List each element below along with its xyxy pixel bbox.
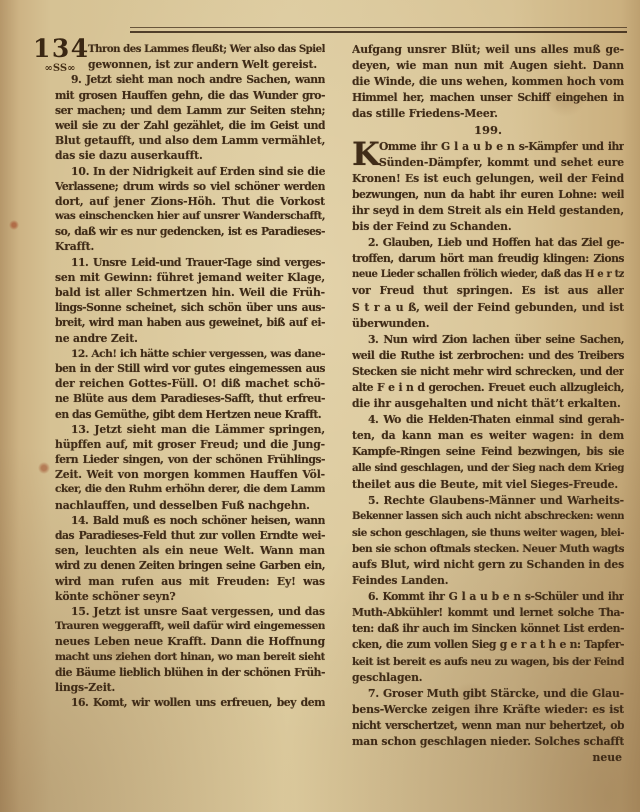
text-line: 12. Ach! ich hätte schier vergessen, was… [55, 346, 325, 361]
hymn-body: K Omme ihr G l a u b e n s-Kämpfer und i… [352, 139, 624, 751]
text-line: die Winde, die uns wehen, kommen hoch vo… [352, 74, 624, 90]
text-line: bens-Wercke zeigen ihre Kräfte wieder: e… [352, 702, 624, 718]
text-line: Thron des Lammes fleußt; Wer also das Sp… [55, 42, 325, 57]
text-line: 9. Jetzt sieht man noch andre Sachen, wa… [55, 72, 325, 87]
text-line: 11. Unsre Leid-und Trauer-Tage sind verg… [55, 255, 325, 270]
text-line: Kampfe-Ringen seine Feind bezwingen, bis… [352, 444, 624, 460]
text-line: 10. In der Nidrigkeit auf Erden sind sie… [55, 164, 325, 179]
text-line: breit, wird man haben aus geweinet, biß … [55, 315, 325, 330]
text-line: die ihr ausgehalten und nicht thät’t erk… [352, 396, 624, 412]
text-line: ne andre Zeit. [55, 331, 325, 346]
hymn-first-lines: Omme ihr G l a u b e n s-Kämpfer und ihr… [352, 139, 624, 171]
text-line: lings-Zeit. [55, 680, 325, 695]
text-line: Trauren weggerafft, weil dafür wird eing… [55, 619, 325, 634]
text-line: Himmel her, machen unser Schiff eingehen… [352, 90, 624, 106]
text-line: sie schon geschlagen, sie thuns weiter w… [352, 525, 624, 541]
text-line: nicht verschertzet, wenn man nur behertz… [352, 718, 624, 734]
text-line: wird zu denen Zeiten bringen seine Garbe… [55, 558, 325, 573]
text-line: cker, die den Ruhm erhöhn derer, die dem… [55, 482, 325, 497]
text-line: ne Blüte aus dem Paradieses-Safft, thut … [55, 391, 325, 406]
text-line: fern Lieder singen, von der schönen Früh… [55, 452, 325, 467]
text-line: wird man rufen aus mit Freuden: Ey! was [55, 574, 325, 589]
text-line: man schon geschlagen nieder. Solches sch… [352, 734, 624, 750]
text-line: Aufgang unsrer Blüt; weil uns alles muß … [352, 42, 624, 58]
text-line: ben in der Still wird vor gutes eingemes… [55, 361, 325, 376]
text-line: 16. Komt, wir wollen uns erfreuen, bey d… [55, 695, 325, 710]
drop-cap-initial: K [352, 139, 379, 170]
text-line: alle sind geschlagen, und der Sieg nach … [352, 460, 624, 476]
text-line: Omme ihr G l a u b e n s-Kämpfer und ihr [379, 139, 624, 155]
text-line: weil die Ruthe ist zerbrochen: und des T… [352, 348, 624, 364]
text-line: lings-Sonne scheinet, sich schön über un… [55, 300, 325, 315]
text-line: troffen, darum hört man freudig klingen:… [352, 251, 624, 267]
text-line: 15. Jetzt ist unsre Saat vergessen, und … [55, 604, 325, 619]
text-line: keit ist bereit es aufs neu zu wagen, bi… [352, 654, 624, 670]
text-line: Kronen! Es ist euch gelungen, weil der F… [352, 171, 624, 187]
text-line: dort, auf jener Zions-Höh. Thut die Vork… [55, 194, 325, 209]
text-line: theilet aus die Beute, mit viel Sieges-F… [352, 477, 624, 493]
text-line: könte schöner seyn? [55, 589, 325, 604]
text-line: bald ist aller Schmertzen hin. Weil die … [55, 285, 325, 300]
text-line: ihr seyd in dem Streit als ein Held gest… [352, 203, 624, 219]
text-line: Muth-Abkühler! kommt und lernet solche T… [352, 605, 624, 621]
text-line: cken, die zum vollen Sieg g e r a t h e … [352, 637, 624, 653]
text-line: deyen, wie man nun mit Augen sieht. Dann [352, 58, 624, 74]
text-line: nachlauffen, und desselben Fuß nachgehn. [55, 498, 325, 513]
text-line: Feindes Landen. [352, 573, 624, 589]
text-line: die Bäume lieblich blühen in der schönen… [55, 665, 325, 680]
text-line: Krafft. [55, 239, 325, 254]
text-line: ben sie schon oftmals stecken. Neuer Mut… [352, 541, 624, 557]
text-line: überwunden. [352, 316, 624, 332]
text-line: 4. Wo die Helden-Thaten einmal sind gera… [352, 412, 624, 428]
text-line: vor Freud thut springen. Es ist aus alle… [352, 283, 624, 299]
text-line: Sünden-Dämpfer, kommt und sehet eure [379, 155, 624, 171]
text-line: das sie dazu auserkaufft. [55, 148, 325, 163]
text-line: 3. Nun wird Zion lachen über seine Sache… [352, 332, 624, 348]
text-line: Stecken sie nicht mehr wird schrecken, u… [352, 364, 624, 380]
text-line: Zeit. Weit von morgen kommen Hauffen Völ… [55, 467, 325, 482]
text-line: ten: daß ihr auch im Sincken könnet List… [352, 621, 624, 637]
left-column: Thron des Lammes fleußt; Wer also das Sp… [55, 42, 325, 710]
top-rule [130, 27, 627, 33]
hymn-number: 199. [352, 122, 624, 138]
text-line: aufs Blut, wird nicht gern zu Schanden i… [352, 557, 624, 573]
text-line: 2. Glauben, Lieb und Hoffen hat das Ziel… [352, 235, 624, 251]
right-column: Aufgang unsrer Blüt; weil uns alles muß … [352, 42, 624, 766]
right-column-intro: Aufgang unsrer Blüt; weil uns alles muß … [352, 42, 624, 122]
text-line: sen, leuchten als ein neue Welt. Wann ma… [55, 543, 325, 558]
text-line: 7. Groser Muth gibt Stärcke, und die Gla… [352, 686, 624, 702]
text-line: sen mit Gewinn: führet jemand weiter Kla… [55, 270, 325, 285]
text-line: neues Leben neue Krafft. Dann die Hoffnu… [55, 634, 325, 649]
text-line: S t r a u ß, weil der Feind gebunden, un… [352, 300, 624, 316]
hymn-lines: Kronen! Es ist euch gelungen, weil der F… [352, 171, 624, 750]
text-line: 14. Bald muß es noch schöner heisen, wan… [55, 513, 325, 528]
text-line: bezwungen, nun da habt ihr euren Lohne: … [352, 187, 624, 203]
text-line: gewonnen, ist zur andern Welt gereist. [55, 57, 325, 72]
text-line: neue Lieder schallen frölich wieder, daß… [352, 267, 624, 283]
book-page: 134 ∞SS∞ Thron des Lammes fleußt; Wer al… [0, 0, 640, 812]
text-line: so, daß wir es nur gedencken, ist es Par… [55, 224, 325, 239]
text-line: 5. Rechte Glaubens-Männer und Warheits- [352, 493, 624, 509]
text-line: das stille Friedens-Meer. [352, 106, 624, 122]
text-line: 13. Jetzt sieht man die Lämmer springen, [55, 422, 325, 437]
text-line: mit grosen Hauffen gehn, die das Wunder … [55, 88, 325, 103]
text-line: alte F e i n d gerochen. Freuet euch all… [352, 380, 624, 396]
text-line: ten, da kann man es weiter wagen: in dem [352, 428, 624, 444]
text-line: 6. Kommt ihr G l a u b e n s-Schüler und… [352, 589, 624, 605]
text-line: das Paradieses-Feld thut zur vollen Ernd… [55, 528, 325, 543]
text-line: Verlassene; drum wirds so viel schöner w… [55, 179, 325, 194]
text-line: macht uns ziehen dort hinan, wo man bere… [55, 650, 325, 665]
text-line: der reichen Gottes-Füll. O! diß machet s… [55, 376, 325, 391]
text-line: weil sie zu der Zahl gezählet, die im Ge… [55, 118, 325, 133]
text-line: Blut getaufft, und also dem Lamm vermähl… [55, 133, 325, 148]
text-line: Bekenner lassen sich auch nicht abschrec… [352, 509, 624, 525]
text-line: en das Gemüthe, gibt dem Hertzen neue Kr… [55, 407, 325, 422]
text-line: geschlagen. [352, 670, 624, 686]
text-line: hüpffen auf, mit groser Freud; und die J… [55, 437, 325, 452]
text-line: was einschencken hier auf unsrer Wanders… [55, 209, 325, 224]
text-line: bis der Feind zu Schanden. [352, 219, 624, 235]
text-line: ser machen; und dem Lamm zur Seiten steh… [55, 103, 325, 118]
catchword: neue [352, 750, 624, 766]
